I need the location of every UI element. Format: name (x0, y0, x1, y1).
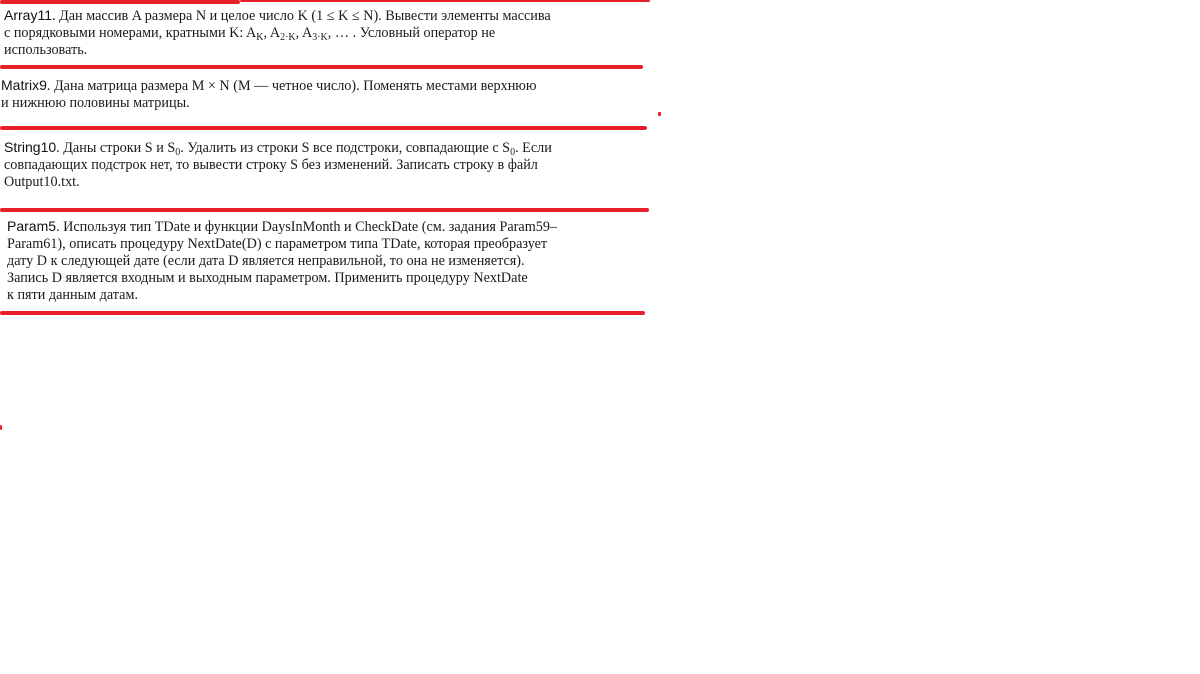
task-string10: String10. Даны строки S и S0. Удалить из… (4, 139, 552, 191)
separator-4 (0, 311, 645, 315)
task-label: Matrix9 (1, 77, 47, 93)
task-matrix9: Matrix9. Дана матрица размера M × N (M —… (1, 77, 537, 112)
separator-top-2 (240, 0, 650, 2)
red-mark-left (0, 425, 2, 430)
separator-2 (0, 126, 647, 130)
task-array11: Array11. Дан массив A размера N и целое … (4, 7, 551, 59)
task-line: Param61), описать процедуру NextDate(D) … (7, 236, 557, 253)
red-mark (658, 112, 661, 116)
task-line: совпадающих подстрок нет, то вывести стр… (4, 157, 552, 174)
separator-top (0, 0, 240, 4)
task-line: Matrix9. Дана матрица размера M × N (M —… (1, 77, 537, 95)
task-param5: Param5. Используя тип TDate и функции Da… (7, 218, 557, 304)
task-line: и нижнюю половины матрицы. (1, 95, 537, 112)
task-line: Param5. Используя тип TDate и функции Da… (7, 218, 557, 236)
task-label: String10 (4, 139, 56, 155)
task-line: Output10.txt. (4, 174, 552, 191)
task-line: Array11. Дан массив A размера N и целое … (4, 7, 551, 25)
task-line: использовать. (4, 42, 551, 59)
task-line: к пяти данным датам. (7, 287, 557, 304)
task-label: Array11 (4, 7, 52, 23)
task-label: Param5 (7, 218, 56, 234)
task-line: String10. Даны строки S и S0. Удалить из… (4, 139, 552, 157)
task-line: с порядковыми номерами, кратными K: AK, … (4, 25, 551, 42)
task-line: Запись D является входным и выходным пар… (7, 270, 557, 287)
separator-1 (0, 65, 643, 69)
separator-3 (0, 208, 649, 212)
task-line: дату D к следующей дате (если дата D явл… (7, 253, 557, 270)
